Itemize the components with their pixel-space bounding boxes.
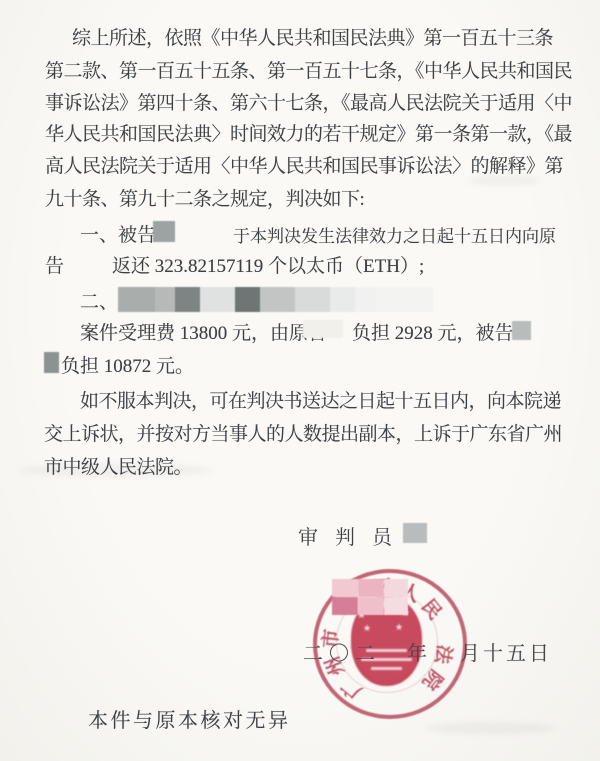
item1-line2-prefix: 告 <box>45 251 64 278</box>
gate-bar <box>371 667 402 670</box>
judge-title-char: 审 <box>298 521 318 550</box>
body-line-2: 第二款、第一百五十五条、第一百五十七条，《中华人民共和国民 <box>45 56 572 83</box>
redaction-box-defendant-name <box>153 221 175 242</box>
fee-line-part2: 负担 2928 元，被告 <box>352 318 514 345</box>
body-line-5: 高人民法院关于适用〈中华人民共和国民事诉讼法〉的解释》第 <box>45 151 563 178</box>
redaction-pink-cell <box>384 579 408 597</box>
appeal-line-2: 交上诉状，并按对方当事人的人数提出副本，上诉于广东省广州 <box>44 419 562 446</box>
mosaic-cell <box>200 287 235 312</box>
mosaic-cell <box>155 287 175 312</box>
date-part-1: 二〇二 <box>303 637 381 666</box>
appeal-line-1: 如不服本判决，可在判决书送达之日起十五日内，向本院递 <box>80 386 561 413</box>
mosaic-cell <box>260 287 295 312</box>
item1-rest: 于本判决发生法律效力之日起十五日内向原 <box>233 222 556 247</box>
redaction-box-line-start <box>44 352 59 373</box>
redaction-pink-cell <box>332 597 358 615</box>
fee-line2: 负担 10872 元。 <box>61 351 194 378</box>
body-line-3: 事诉讼法》第四十条、第六十七条，《最高人民法院关于适用〈中 <box>45 88 572 115</box>
judge-title-char: 判 <box>335 521 355 550</box>
star-icon: ★ <box>363 624 371 633</box>
redaction-mosaic-item2 <box>0 287 600 312</box>
body-line-6: 九十条、第九十二条之规定，判决如下: <box>45 184 364 211</box>
fee-line-part1: 案件受理费 13800 元，由原告 <box>80 318 327 345</box>
mosaic-cell <box>330 287 355 312</box>
judge-title-char: 员 <box>372 521 392 550</box>
redaction-faint-plaintiff-name <box>303 320 343 338</box>
redaction-box-defendant2 <box>512 321 531 340</box>
redaction-box-judge-name <box>403 523 427 543</box>
appeal-line-3: 市中级人民法院。 <box>44 452 192 479</box>
redaction-pink-cell <box>384 597 408 615</box>
mosaic-cell <box>118 287 155 312</box>
body-line-1: 综上所述，依照《中华人民共和国民法典》第一百五十三条 <box>72 23 553 50</box>
item1-prefix: 一、被告 <box>80 220 156 247</box>
judgment-document-page: 综上所述，依照《中华人民共和国民法典》第一百五十三条 第二款、第一百五十五条、第… <box>0 0 600 761</box>
date-part-2: 年 <box>407 637 427 666</box>
verification-note: 本件与原本核对无异 <box>88 704 291 733</box>
redaction-pink-cell <box>332 579 358 597</box>
redaction-pink-cell <box>358 597 384 615</box>
mosaic-cell <box>175 287 200 312</box>
star-icon: ★ <box>395 623 403 632</box>
item1-line2-rest: 返还 323.82157119 个以太币（ETH）; <box>112 251 424 278</box>
redaction-pink-cell <box>358 579 384 597</box>
mosaic-cell <box>235 287 260 312</box>
date-part-3: 月十五日 <box>460 637 552 666</box>
mosaic-cell <box>375 287 433 312</box>
mosaic-cell <box>295 287 330 312</box>
mosaic-cell <box>355 287 375 312</box>
scan-smudge <box>425 722 555 734</box>
body-line-4: 华人民共和国民法典〉时间效力的若干规定》第一条第一款，《最 <box>45 119 572 146</box>
